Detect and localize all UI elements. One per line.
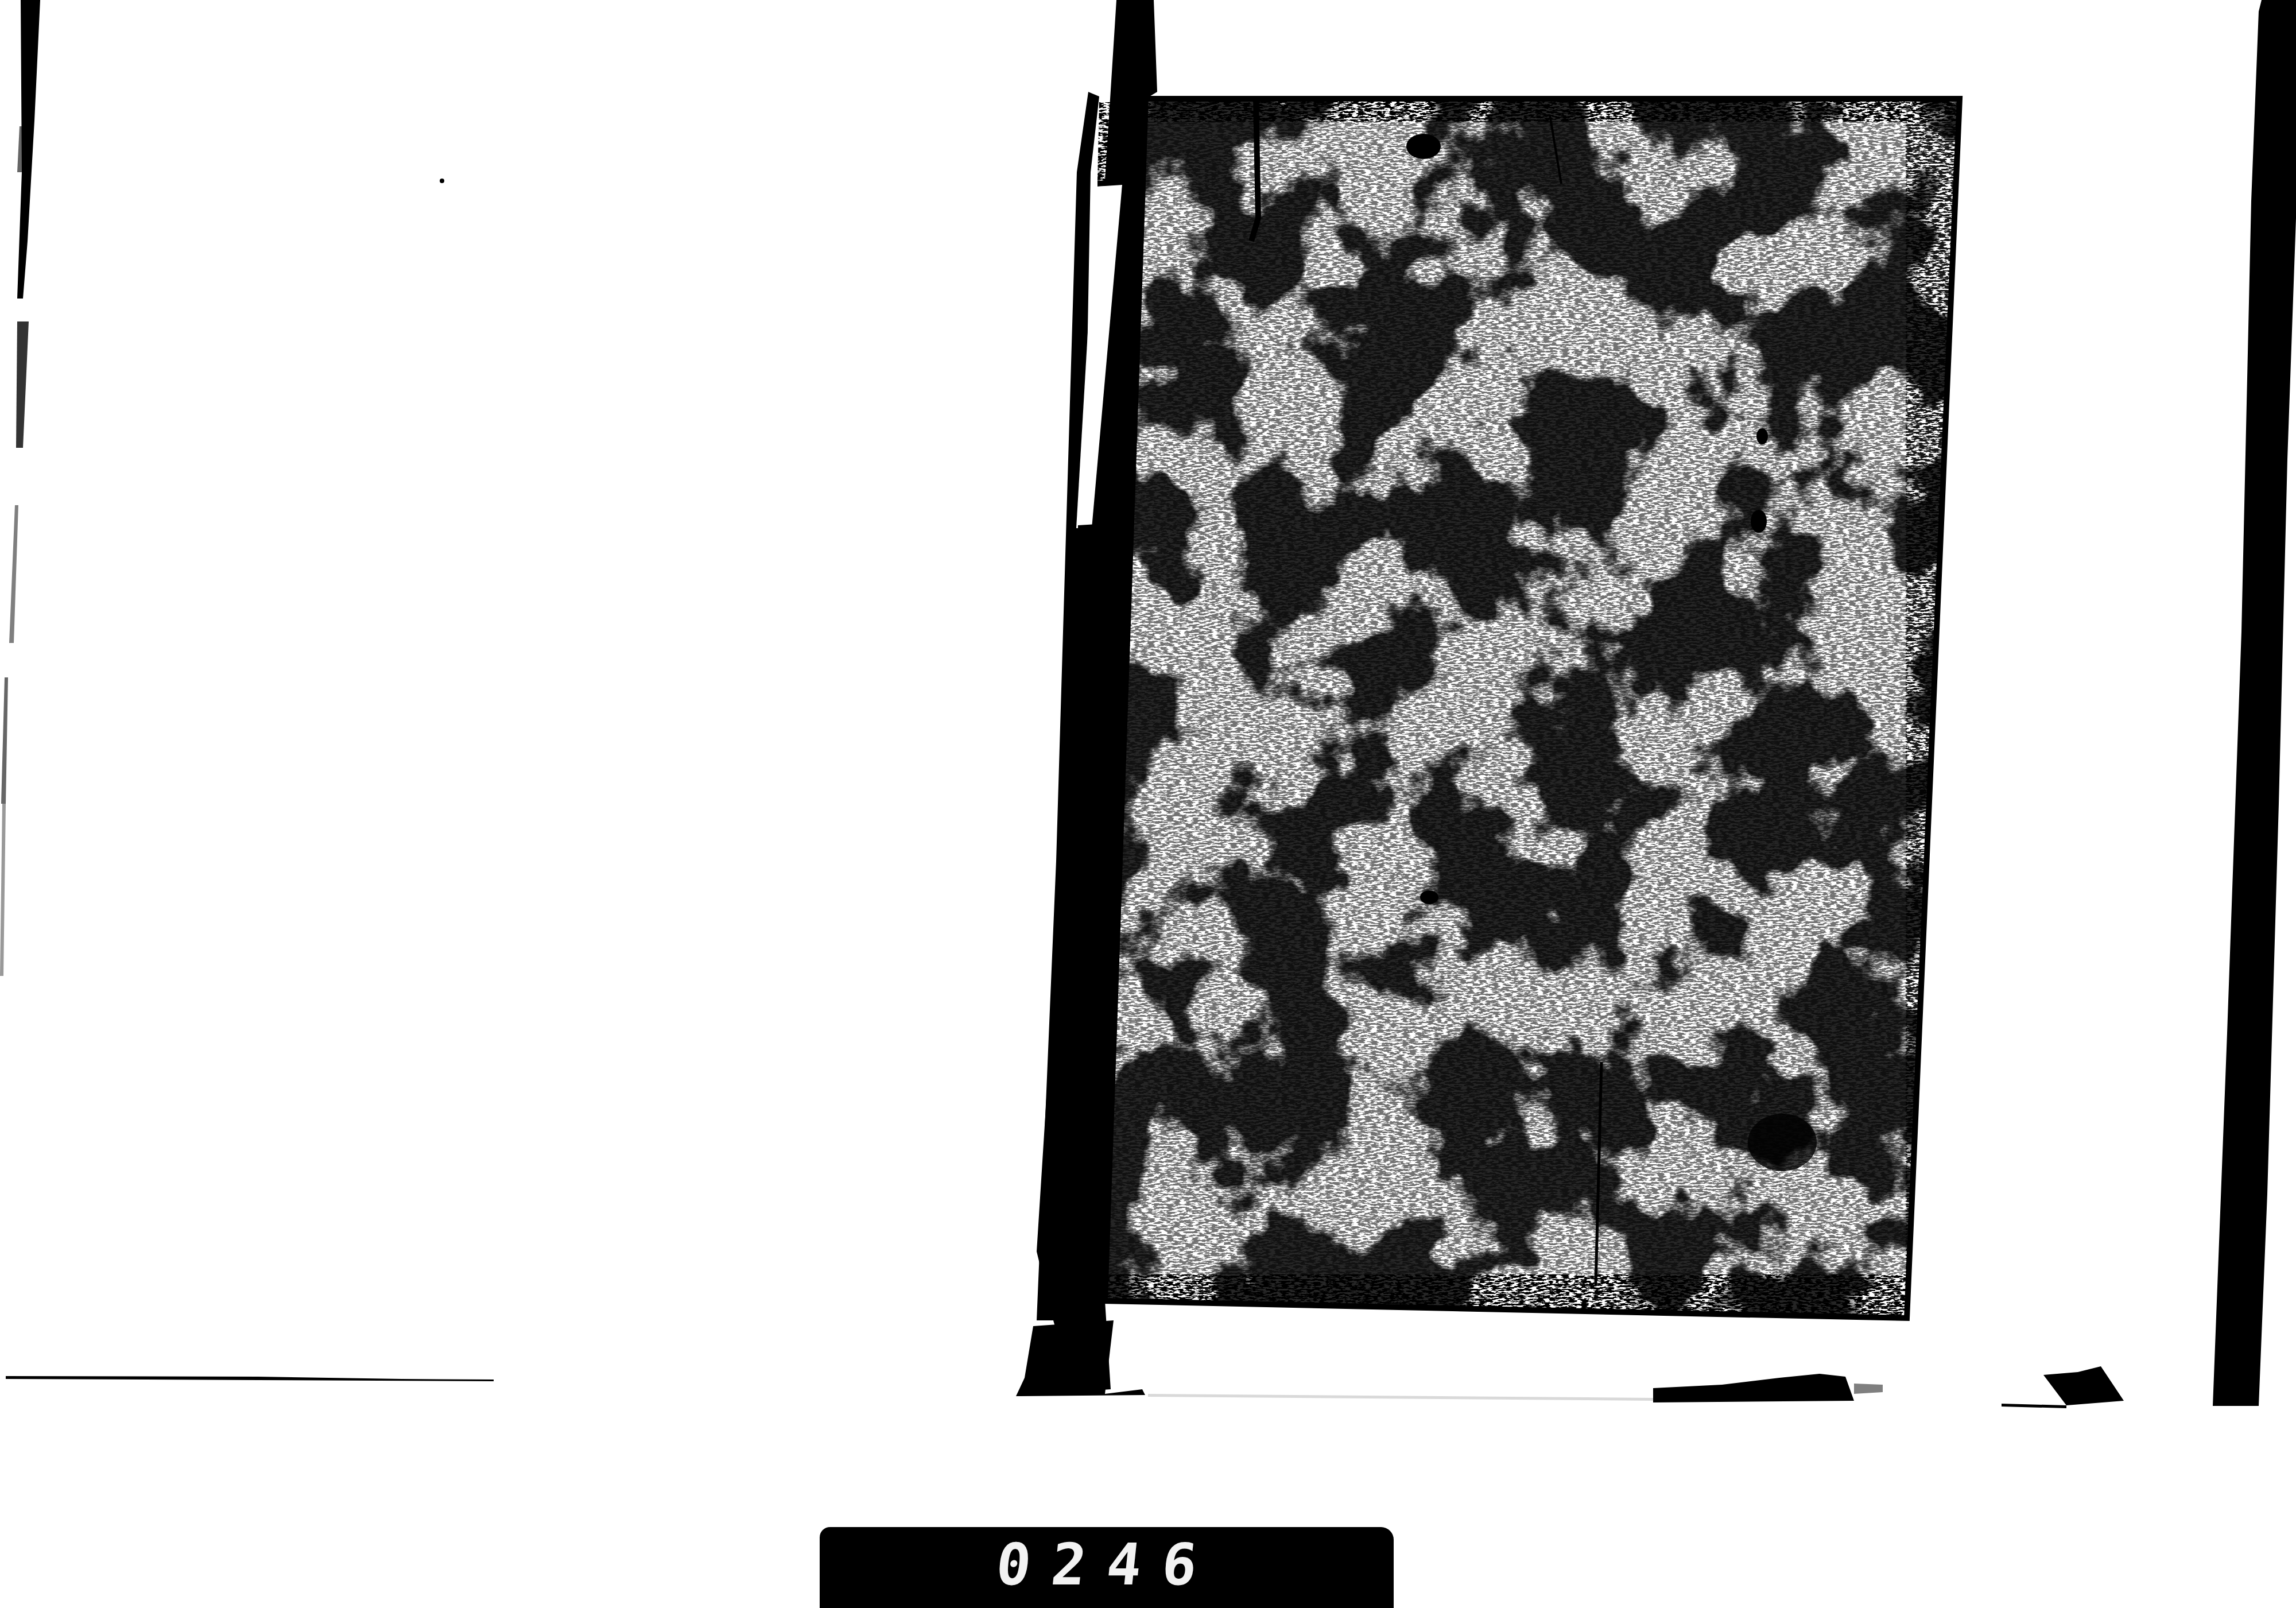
right-film-border xyxy=(2213,0,2296,1406)
frame-number: 0246 xyxy=(992,1531,1220,1598)
bottom-right-shadow xyxy=(1148,1366,2124,1408)
left-film-edge xyxy=(0,0,444,976)
frame-number-label: 0246 xyxy=(820,1527,1394,1608)
bottom-left-shadow-line xyxy=(6,1376,494,1381)
book-cover xyxy=(1091,92,1975,1332)
scan-artwork xyxy=(0,0,2296,1608)
